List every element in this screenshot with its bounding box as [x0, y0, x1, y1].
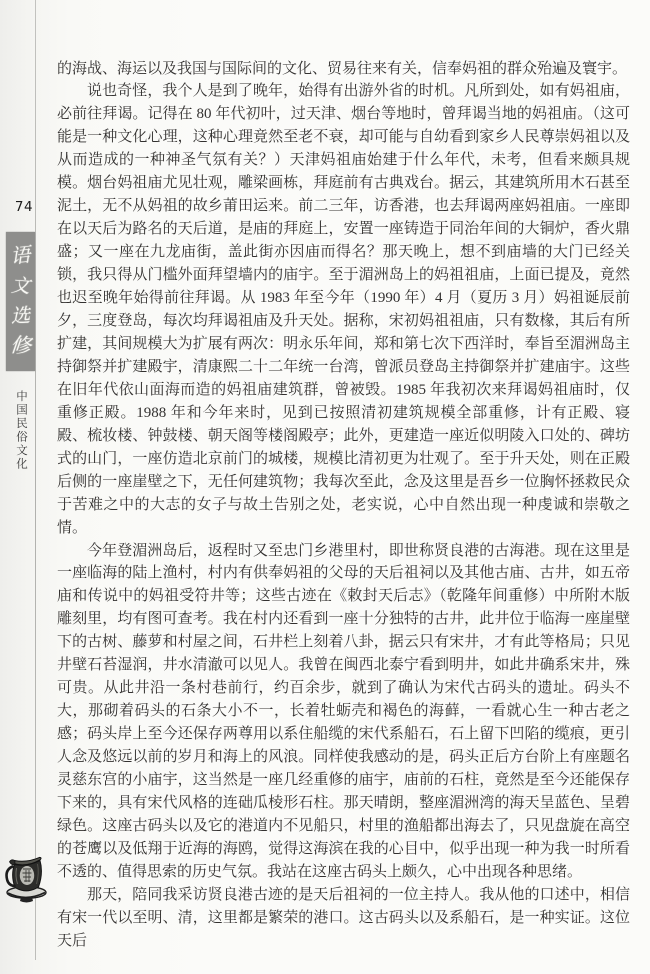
- series-title-banner: 语 文 选 修: [6, 232, 35, 371]
- series-title-char: 修: [9, 335, 31, 357]
- paragraph-2: 说也奇怪，我个人是到了晚年，始得有出游外省的时机。凡所到处，如有妈祖庙，必前往拜…: [57, 80, 630, 539]
- paragraph-1: 的海战、海运以及我国与国际间的文化、贸易往来有关，信奉妈祖的群众殆遍及寰宇。: [57, 58, 630, 81]
- body-text: 的海战、海运以及我国与国际间的文化、贸易往来有关，信奉妈祖的群众殆遍及寰宇。 说…: [57, 58, 630, 953]
- subject-title: 中国民俗文化: [13, 390, 29, 475]
- series-title-char: 文: [10, 276, 30, 296]
- paragraph-4: 那天，陪同我采访贤良港古迹的是天后祖祠的一位主持人。我从他的口述中，相信有宋一代…: [57, 884, 630, 953]
- jug-icon: [2, 855, 49, 904]
- margin-divider: [35, 0, 36, 960]
- series-title-char: 语: [10, 246, 32, 268]
- book-page: { "page": { "number": "74", "margin": { …: [0, 0, 650, 974]
- series-title-char: 选: [10, 306, 30, 326]
- paragraph-3: 今年登湄洲岛后，返程时又至忠门乡港里村，即世称贤良港的古海港。现在这里是一座临海…: [57, 540, 630, 884]
- page-number: 74: [13, 199, 35, 215]
